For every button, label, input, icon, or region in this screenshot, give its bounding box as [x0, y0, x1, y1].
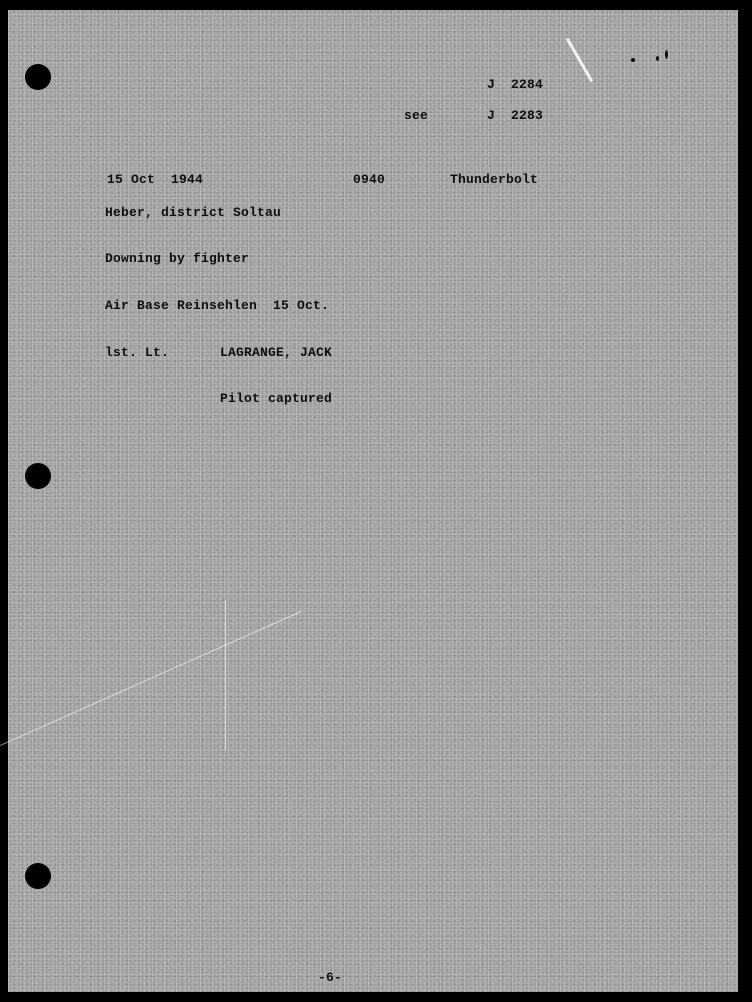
time: 0940 [353, 172, 385, 187]
file-ref-see: J 2283 [487, 108, 543, 123]
fate: Pilot captured [220, 391, 332, 406]
punch-hole-top [25, 64, 51, 90]
paper-texture [8, 10, 738, 992]
rank: lst. Lt. [105, 345, 169, 360]
reporting-unit: Air Base Reinsehlen 15 Oct. [105, 298, 329, 313]
page-number: -6- [318, 970, 342, 985]
pilot-name: LAGRANGE, JACK [220, 345, 332, 360]
ink-dot [665, 50, 668, 59]
punch-hole-bottom [25, 863, 51, 889]
cause: Downing by fighter [105, 251, 249, 266]
date: 15 Oct 1944 [107, 172, 203, 187]
location: Heber, district Soltau [105, 205, 281, 220]
punch-hole-middle [25, 463, 51, 489]
aircraft-type: Thunderbolt [450, 172, 538, 187]
file-ref-primary: J 2284 [487, 77, 543, 92]
ink-dot [631, 58, 635, 62]
document-page: J 2284 see J 2283 15 Oct 1944 0940 Thund… [8, 10, 738, 992]
see-label: see [404, 108, 428, 123]
vertical-scratch [225, 600, 226, 750]
ink-dot [656, 56, 659, 61]
